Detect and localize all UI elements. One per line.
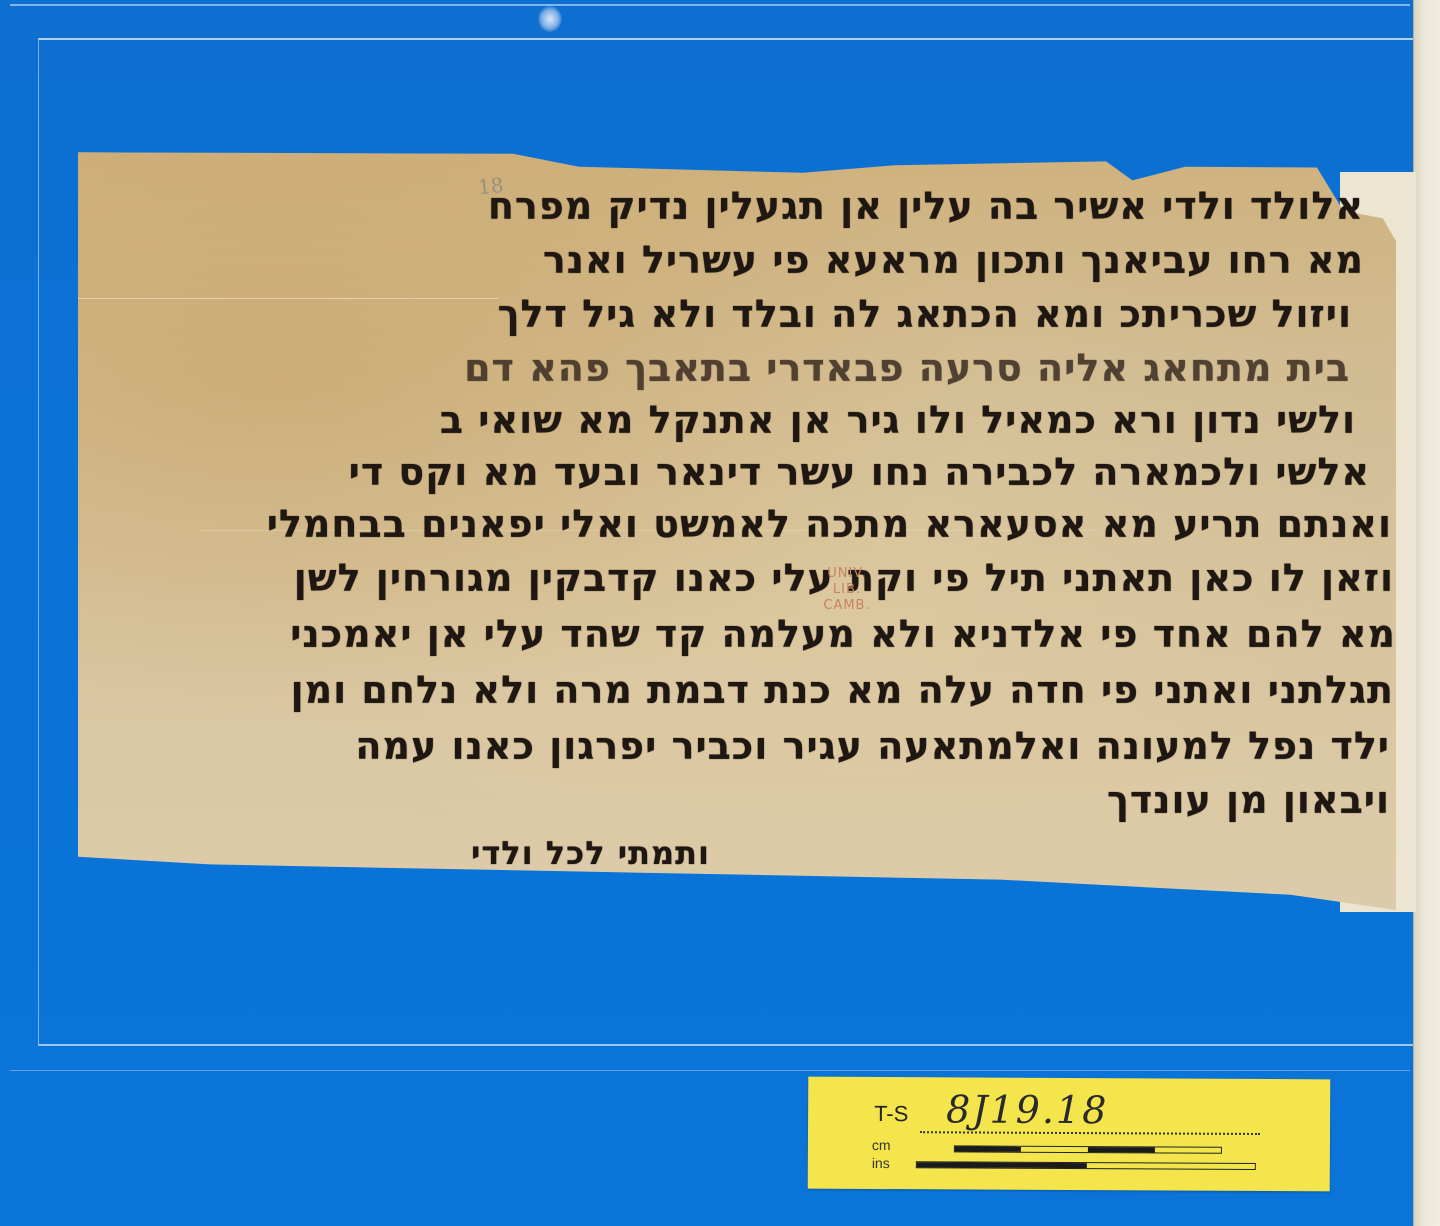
- sleeve-edge-bottom: [10, 1070, 1410, 1071]
- scale-cm-label: cm: [872, 1137, 891, 1153]
- text-line-3: ויזול שכריתכ ומא הכתאג לה ובלד ולא גיל ד…: [498, 292, 1352, 336]
- text-line-12: ויבאון מן עונדך: [1107, 778, 1390, 822]
- sleeve-scuff-mark: [538, 6, 562, 32]
- shelfmark-number: 8J19.18: [946, 1087, 1108, 1132]
- stamp-line: CAMB.: [812, 598, 882, 614]
- manuscript-text: אלולד ולדי אשיר בה עלין אן תגעלין נדיק מ…: [70, 158, 1400, 918]
- text-line-5: ולשי נדון ורא כמאיל ולו גיר אן אתנקל מא …: [440, 398, 1356, 442]
- shelfmark-label: T-S 8J19.18 cm ins: [808, 1077, 1331, 1192]
- stamp-line: UNIV.: [812, 566, 882, 582]
- library-stamp: UNIV. LIB. CAMB.: [812, 566, 882, 614]
- text-line-2: מא רחו עביאנך ותכון מראעא פי עשריל ואנר: [543, 238, 1364, 282]
- text-line-1: אלולד ולדי אשיר בה עלין אן תגעלין נדיק מ…: [488, 184, 1364, 228]
- text-line-4: בית מתחאג אליה סרעה פבאדרי בתאבך פהא דם: [464, 346, 1350, 390]
- text-line-9: מא להם אחד פי אלדניא ולא מעלמה קד שהד על…: [290, 612, 1396, 656]
- text-line-10: תגלתני ואתני פי חדה עלה מא כנת דבמת מרה …: [291, 668, 1394, 712]
- scale-bar-cm: [954, 1145, 1222, 1153]
- text-line-11: ילד נפל למעונה ואלמתאעה עגיר וכביר יפרגו…: [355, 724, 1390, 768]
- scale-ins-label: ins: [872, 1155, 890, 1171]
- binding-strip: [1413, 0, 1440, 1226]
- sleeve-edge-top: [10, 4, 1410, 6]
- text-line-13: ותמתי לכל ולדי: [471, 834, 710, 872]
- text-line-6: אלשי ולכמארה לכבירה נחו עשר דינאר ובעד מ…: [349, 450, 1370, 494]
- scale-bar-ins: [916, 1161, 1256, 1170]
- text-line-7: ואנתם תריע מא אסעארא מתכה לאמשט ואלי יפא…: [267, 502, 1392, 546]
- stamp-line: LIB.: [812, 582, 882, 598]
- collection-prefix: T-S: [874, 1101, 908, 1127]
